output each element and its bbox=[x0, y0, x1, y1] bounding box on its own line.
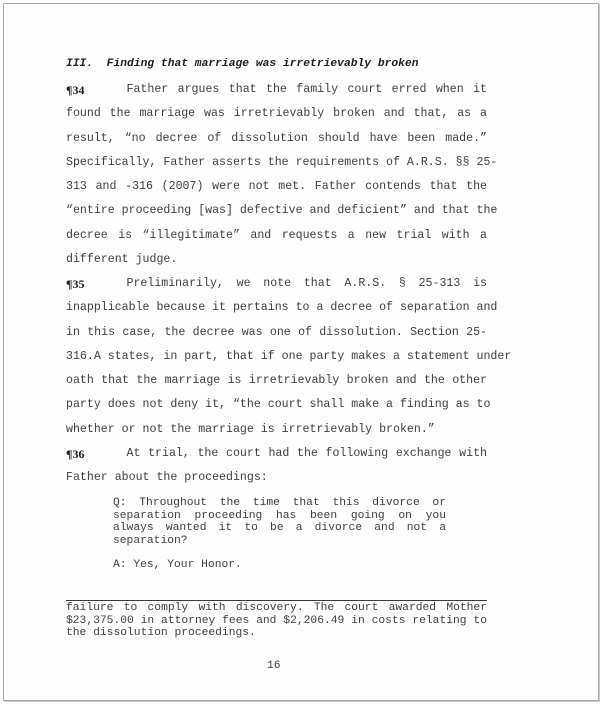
paragraph-line: Specifically, Father asserts the require… bbox=[66, 151, 487, 175]
quote-line: Q: Throughout the time that this divorce… bbox=[113, 497, 446, 510]
paragraph-line: found the marriage was irretrievably bro… bbox=[66, 102, 487, 126]
paragraph-first-line: Preliminarily, we note that A.R.S. § 25-… bbox=[126, 272, 487, 296]
footnote-divider bbox=[66, 600, 487, 601]
paragraph-line: “entire proceeding [was] defective and d… bbox=[66, 199, 487, 223]
paragraph-number: ¶35 bbox=[66, 272, 84, 296]
paragraph-first-line: At trial, the court had the following ex… bbox=[126, 442, 487, 466]
paragraph-number: ¶36 bbox=[66, 442, 84, 466]
paragraph-34: ¶34 Father argues that the family court … bbox=[66, 78, 487, 272]
paragraph-line: inapplicable because it pertains to a de… bbox=[66, 296, 487, 320]
footnote-line: failure to comply with discovery. The co… bbox=[66, 602, 487, 615]
paragraph-number: ¶34 bbox=[66, 78, 84, 102]
page-number: 16 bbox=[267, 660, 281, 672]
paragraph-line: 316.A states, in part, that if one party… bbox=[66, 345, 487, 369]
paragraph-line: 313 and -316 (2007) were not met. Father… bbox=[66, 175, 487, 199]
paragraph-line: whether or not the marriage is irretriev… bbox=[66, 418, 487, 442]
paragraph-first-line: Father argues that the family court erre… bbox=[126, 78, 487, 102]
document-page: III. Finding that marriage was irretriev… bbox=[3, 3, 599, 701]
section-heading: III. Finding that marriage was irretriev… bbox=[66, 58, 419, 70]
paragraph-line: in this case, the decree was one of diss… bbox=[66, 321, 487, 345]
paragraph-36: ¶36 At trial, the court had the followin… bbox=[66, 442, 487, 491]
quote-line: always wanted it to be a divorce and not… bbox=[113, 522, 446, 535]
block-quote-question: Q: Throughout the time that this divorce… bbox=[113, 497, 446, 547]
paragraph-35: ¶35 Preliminarily, we note that A.R.S. §… bbox=[66, 272, 487, 442]
block-quote-answer: A: Yes, Your Honor. bbox=[113, 559, 242, 571]
paragraph-line: Father about the proceedings: bbox=[66, 466, 487, 490]
paragraph-line: different judge. bbox=[66, 248, 487, 272]
paragraph-line: oath that the marriage is irretrievably … bbox=[66, 369, 487, 393]
quote-line: separation? bbox=[113, 535, 446, 548]
footnote-line: the dissolution proceedings. bbox=[66, 627, 487, 640]
footnote-line: $23,375.00 in attorney fees and $2,206.4… bbox=[66, 615, 487, 628]
paragraph-line: result, “no decree of dissolution should… bbox=[66, 127, 487, 151]
quote-line: separation proceeding has been going on … bbox=[113, 510, 446, 523]
paragraph-line: decree is “illegitimate” and requests a … bbox=[66, 224, 487, 248]
footnote: failure to comply with discovery. The co… bbox=[66, 602, 487, 640]
paragraph-line: party does not deny it, “the court shall… bbox=[66, 393, 487, 417]
